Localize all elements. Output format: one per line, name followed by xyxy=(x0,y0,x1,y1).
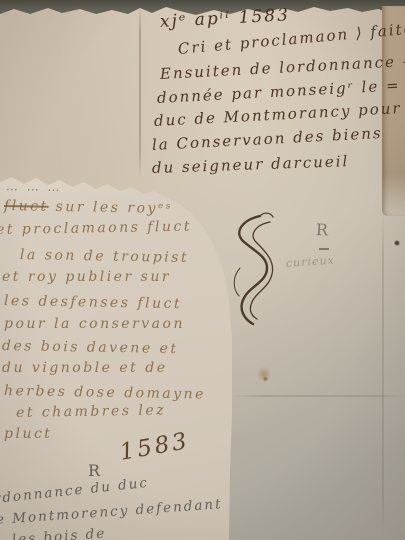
manuscript-photo: xjᵉ apⁱˡ 1583 Cri et proclamaon ⟩ faite … xyxy=(0,0,405,540)
pencil-r-underline xyxy=(319,248,329,250)
fold-crease-horizontal xyxy=(230,395,405,397)
manuscript-line: et roy publier sur xyxy=(2,269,171,285)
line-rest: sur les royᵉˢ xyxy=(49,199,174,217)
manuscript-line-fragment: … … … xyxy=(6,179,62,194)
manuscript-line: et chambres lez xyxy=(16,402,166,421)
manuscript-line: pluct xyxy=(4,426,52,442)
manuscript-line: les desfenses fluct xyxy=(4,293,182,312)
manuscript-line: pour la conservaon xyxy=(4,316,185,332)
struck-word: fluct xyxy=(4,198,49,215)
fold-crease-vertical-left xyxy=(139,6,141,178)
manuscript-line: du vignoble et de xyxy=(2,360,168,376)
manuscript-line: la son de troupist xyxy=(20,247,189,266)
ink-stain-dot xyxy=(263,376,268,382)
manuscript-line: fluct sur les royᵉˢ xyxy=(4,198,173,217)
manuscript-line: des bois davene et xyxy=(2,338,179,357)
wormhole-spot xyxy=(394,240,400,246)
pencil-r-mark: R xyxy=(316,220,331,239)
calligraphic-flourish-icon xyxy=(226,210,286,336)
pencil-r-mark-bottom: R xyxy=(88,461,102,480)
fold-crease-vertical-right xyxy=(382,210,384,540)
manuscript-line: et proclamaons fluct xyxy=(0,219,192,238)
